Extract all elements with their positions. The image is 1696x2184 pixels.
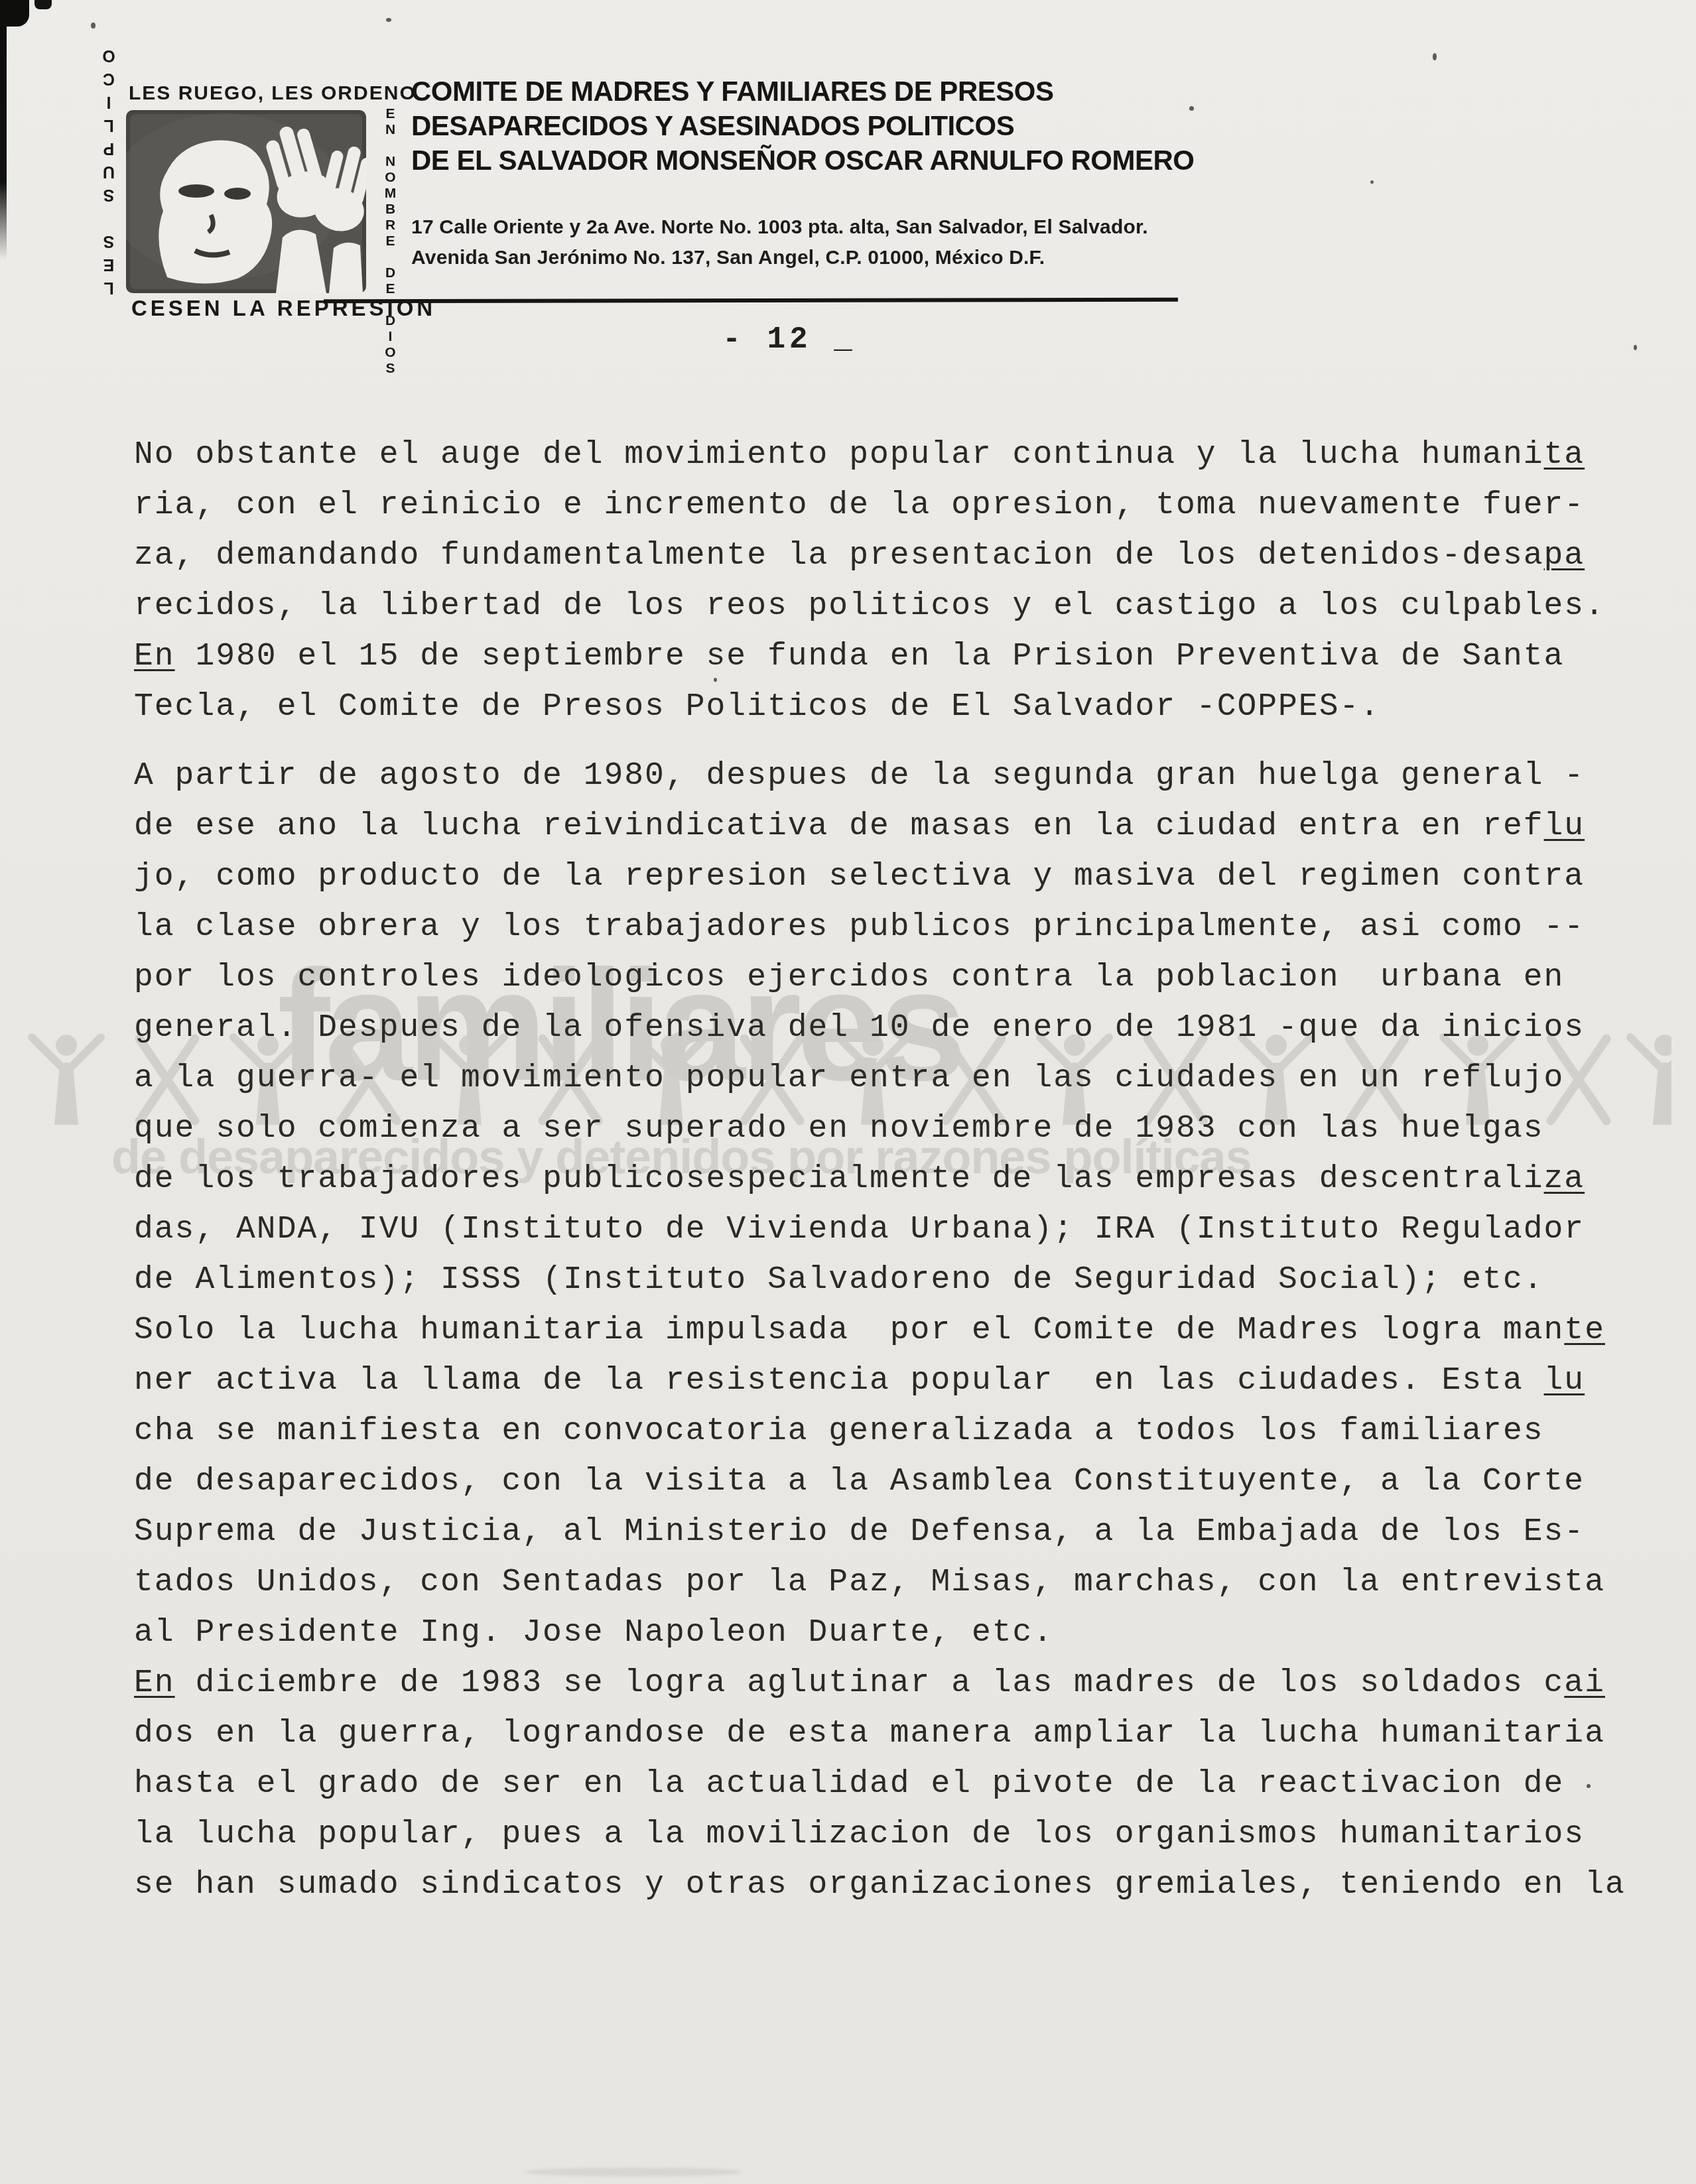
text-line: de ese ano la lucha reivindicativa de ma… (134, 801, 1660, 852)
text-line: A partir de agosto de 1980, despues de l… (134, 751, 1660, 801)
scan-corner-artifact (0, 0, 29, 27)
text-line: se han sumado sindicatos y otras organiz… (134, 1860, 1660, 1910)
text-line: Tecla, el Comite de Presos Politicos de … (134, 682, 1660, 732)
text-line: hasta el grado de ser en la actualidad e… (134, 1759, 1660, 1809)
text-line: cha se manifiesta en convocatoria genera… (134, 1406, 1660, 1456)
scan-speck (386, 18, 391, 22)
text-line: Suprema de Justicia, al Ministerio de De… (134, 1507, 1660, 1557)
address-line: Avenida San Jerónimo No. 137, San Angel,… (411, 243, 1273, 273)
scan-speck (91, 23, 96, 29)
text-line: de Alimentos); ISSS (Instituto Salvadore… (134, 1255, 1660, 1305)
org-name-line: DESAPARECIDOS Y ASESINADOS POLITICOS (411, 109, 1273, 143)
text-line: general. Despues de la ofensiva del 10 d… (134, 1003, 1660, 1053)
paragraph: No obstante el auge del movimiento popul… (134, 430, 1660, 732)
header-divider-rule (324, 298, 1178, 304)
text-line: por los controles ideologicos ejercidos … (134, 952, 1660, 1003)
address-line: 17 Calle Oriente y 2a Ave. Norte No. 100… (411, 212, 1273, 243)
text-line: das, ANDA, IVU (Instituto de Vivienda Ur… (134, 1204, 1660, 1255)
organization-logo: LES RUEGO, LES ORDENO LES SUPLICO EN NOM… (98, 72, 410, 337)
scan-speck (1634, 345, 1637, 350)
text-line: al Presidente Ing. Jose Napoleon Duarte,… (134, 1608, 1660, 1658)
organization-name: COMITE DE MADRES Y FAMILIARES DE PRESOS … (411, 74, 1273, 178)
text-line: ner activa la llama de la resistencia po… (134, 1356, 1660, 1406)
text-line: a la guerra- el movimiento popular entra… (134, 1053, 1660, 1104)
text-line: la clase obrera y los trabajadores publi… (134, 902, 1660, 952)
logo-motto-top: LES RUEGO, LES ORDENO (129, 82, 375, 105)
org-name-line: COMITE DE MADRES Y FAMILIARES DE PRESOS (411, 74, 1273, 109)
text-line: Solo la lucha humanitaria impulsada por … (134, 1305, 1660, 1356)
romero-stamp-image (126, 110, 366, 293)
text-line: la lucha popular, pues a la movilizacion… (134, 1809, 1660, 1860)
text-line: de los trabajadores publicosespecialment… (134, 1154, 1660, 1204)
text-line: za, demandando fundamentalmente la prese… (134, 531, 1660, 581)
text-line: En 1980 el 15 de septiembre se funda en … (134, 631, 1660, 682)
text-line: No obstante el auge del movimiento popul… (134, 430, 1660, 480)
text-line: tados Unidos, con Sentadas por la Paz, M… (134, 1557, 1660, 1608)
logo-motto-right: EN NOMBRE DE DIOS (382, 106, 398, 298)
text-line: dos en la guerra, lograndose de esta man… (134, 1708, 1660, 1759)
text-line: jo, como producto de la represion select… (134, 852, 1660, 902)
text-line: ria, con el reinicio e incremento de la … (134, 480, 1660, 531)
typewritten-body: No obstante el auge del movimiento popul… (134, 430, 1660, 1910)
page-number: - 12 _ (677, 322, 902, 357)
scan-edge-artifact (0, 0, 7, 260)
scan-smudge (524, 2167, 743, 2177)
text-line: que solo comienza a ser superado en novi… (134, 1104, 1660, 1154)
org-name-line: DE EL SALVADOR MONSEÑOR OSCAR ARNULFO RO… (411, 143, 1273, 178)
scan-corner-artifact (34, 0, 52, 9)
logo-motto-left: LES SUPLICO (99, 106, 119, 297)
text-line: recidos, la libertad de los reos politic… (134, 581, 1660, 631)
scan-speck (1433, 53, 1437, 60)
text-line: En diciembre de 1983 se logra aglutinar … (134, 1658, 1660, 1708)
text-line: de desaparecidos, con la visita a la Asa… (134, 1456, 1660, 1507)
paragraph: A partir de agosto de 1980, despues de l… (134, 751, 1660, 1910)
organization-address: 17 Calle Oriente y 2a Ave. Norte No. 100… (411, 212, 1273, 273)
scan-speck (1370, 180, 1374, 184)
scanned-document-page: { "page": { "number": "- 12 _" }, "logo"… (0, 0, 1696, 2184)
